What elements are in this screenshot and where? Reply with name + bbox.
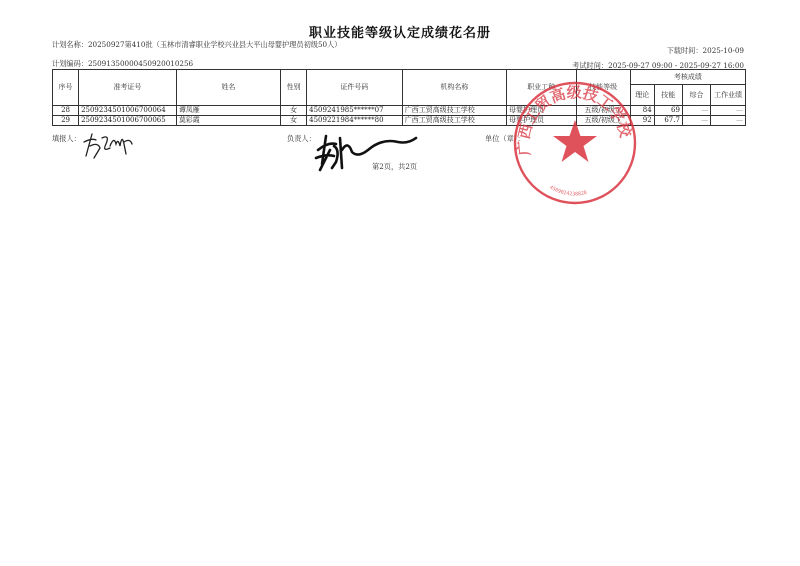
cell-gender: 女: [281, 106, 307, 116]
cell-id-no: 4509241985******07: [307, 106, 403, 116]
header-ticket-no: 准考证号: [79, 70, 177, 106]
star-icon: [553, 120, 597, 162]
svg-text:4509024238828: 4509024238828: [548, 185, 587, 198]
table-row: 28 2509234501006700064 谭凤雁 女 4509241985*…: [53, 106, 746, 116]
cell-ticket-no: 2509234501006700065: [79, 116, 177, 126]
download-time: 下载时间：2025-10-09: [667, 46, 744, 56]
header-seq: 序号: [53, 70, 79, 106]
cell-skill: 69: [654, 106, 682, 116]
cell-skill: 67.7: [654, 116, 682, 126]
leader-signature: [312, 128, 422, 178]
plan-name-label: 计划名称：: [52, 40, 88, 49]
cell-org: 广西工贸高级技工学校: [402, 106, 506, 116]
plan-name-value: 20250927第410批（玉林市清睿职业学校兴业县大平山母婴护理员初级50人）: [88, 40, 342, 49]
cell-work-score: —: [711, 116, 746, 126]
cell-org: 广西工贸高级技工学校: [402, 116, 506, 126]
header-scores-group: 考核成绩: [630, 70, 745, 85]
plan-name: 计划名称：20250927第410批（玉林市清睿职业学校兴业县大平山母婴护理员初…: [52, 40, 382, 50]
header-gender: 性别: [281, 70, 307, 106]
cell-work-score: —: [711, 106, 746, 116]
cell-overall: —: [682, 116, 710, 126]
download-time-label: 下载时间：: [667, 46, 703, 55]
cell-gender: 女: [281, 116, 307, 126]
score-roster-table: 序号 准考证号 姓名 性别 证件号码 机构名称 职业工种 技能等级 考核成绩 理…: [52, 69, 746, 126]
plan-code-label: 计划编码：: [52, 59, 88, 68]
filler-label: 填报人：: [52, 134, 81, 144]
cell-seq: 28: [53, 106, 79, 116]
cell-name: 莫彩霞: [176, 116, 280, 126]
cell-id-no: 4509221984******80: [307, 116, 403, 126]
header-name: 姓名: [176, 70, 280, 106]
header-org: 机构名称: [402, 70, 506, 106]
header-id-no: 证件号码: [307, 70, 403, 106]
official-seal-stamp: 广西工贸高级技工学校 4509024238828: [510, 78, 640, 208]
cell-seq: 29: [53, 116, 79, 126]
header-overall: 综合: [682, 85, 710, 106]
table-row: 29 2509234501006700065 莫彩霞 女 4509221984*…: [53, 116, 746, 126]
cell-overall: —: [682, 106, 710, 116]
cell-ticket-no: 2509234501006700064: [79, 106, 177, 116]
cell-name: 谭凤雁: [176, 106, 280, 116]
plan-code-value: 25091350000450920010256: [88, 59, 193, 68]
seal-code: 4509024238828: [548, 185, 587, 198]
download-time-value: 2025-10-09: [703, 46, 744, 55]
plan-code: 计划编码：25091350000450920010256: [52, 59, 193, 69]
filler-signature: [80, 128, 140, 160]
header-work-score: 工作业绩: [711, 85, 746, 106]
document-title: 职业技能等级认定成绩花名册: [0, 22, 800, 41]
header-skill: 技能: [654, 85, 682, 106]
